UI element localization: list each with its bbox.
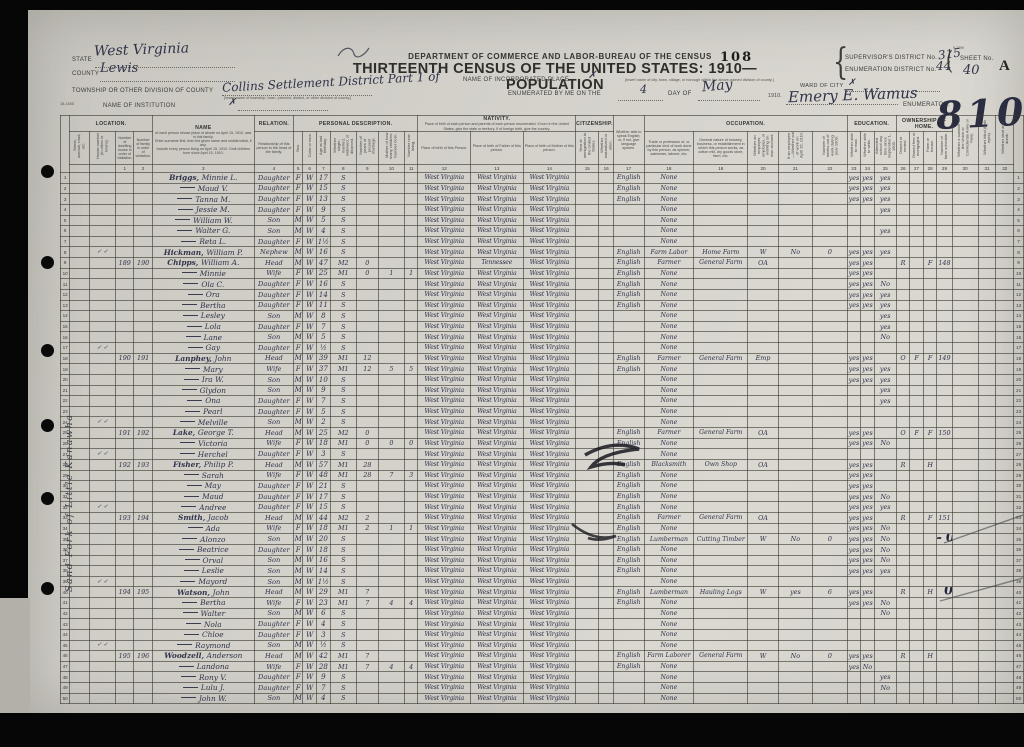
ink-scribbles <box>0 0 1024 747</box>
census-sheet-scan: DEPARTMENT OF COMMERCE AND LABOR-BUREAU … <box>0 0 1024 747</box>
